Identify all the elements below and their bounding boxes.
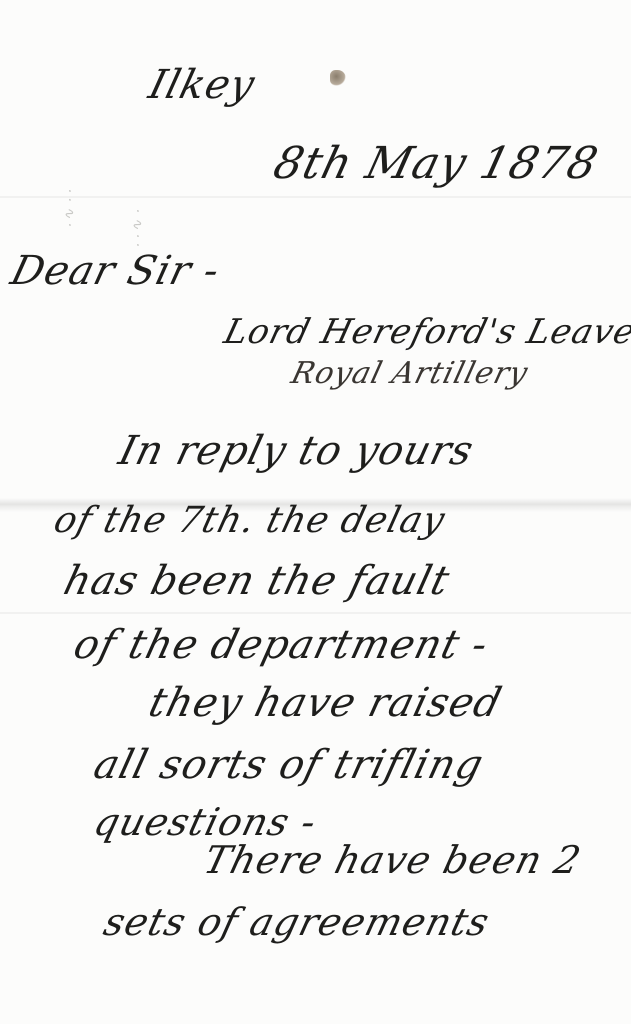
letter-date: 8th May 1878: [269, 138, 604, 189]
body-line: has been the fault: [59, 558, 454, 604]
body-line: of the department -: [69, 622, 493, 668]
letter-place: Ilkey: [144, 62, 260, 108]
body-line: sets of agreements: [100, 900, 495, 944]
subject-line-2: Royal Artillery: [288, 356, 532, 391]
ink-blot: [330, 70, 346, 86]
paper-crease: [0, 196, 631, 198]
body-line: In reply to yours: [114, 428, 478, 474]
body-line: of the 7th. the delay: [50, 500, 450, 541]
body-line: all sorts of trifling: [89, 742, 488, 788]
salutation: Dear Sir -: [6, 248, 224, 294]
body-line: they have raised: [144, 680, 506, 726]
subject-line-1: Lord Hereford's Leave: [220, 312, 631, 352]
bleed-through-marks: · ∿ · ·: [129, 209, 145, 247]
bleed-through-marks: · · ∿ ·: [61, 189, 77, 227]
paper-crease: [0, 612, 631, 614]
letter-page: · · ∿ · · ∿ · · Ilkey 8th May 1878 Dear …: [0, 0, 631, 1024]
body-line: There have been 2: [200, 838, 586, 882]
